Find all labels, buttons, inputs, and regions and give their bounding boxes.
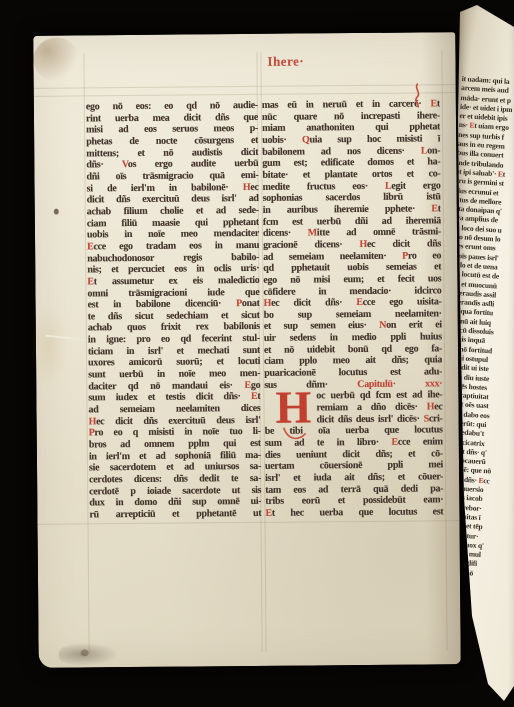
facing-page-edge: it uadam: qui laarcem meis audmāda· erun…	[455, 0, 514, 707]
manuscript-leaf: Ihere· ego nō eos: eo qd nō audie-rint u…	[33, 32, 460, 668]
margin-stain	[32, 306, 67, 386]
text-column-right: mas eū in neruū et in carcerē· Etnūc qua…	[262, 98, 444, 519]
photo-background: Ihere· ego nō eos: eo qd nō audie-rint u…	[0, 0, 514, 707]
ruling-line-horizontal	[34, 92, 456, 97]
text-line: rū arrepticiū et pphetantē ut	[89, 508, 261, 521]
text-line: Et hec uerba que locutus est	[265, 506, 443, 519]
ink-speck	[54, 209, 59, 215]
initial-penwork-flourish	[282, 425, 308, 443]
running-title: Ihere·	[267, 53, 327, 70]
red-flourish-mark	[412, 82, 424, 108]
corner-stain	[33, 37, 79, 81]
bottom-smudge-dot	[81, 649, 89, 656]
chapter-initial-H: H	[275, 385, 315, 437]
ruling-line-horizontal	[34, 84, 456, 89]
text-column-left: ego nō eos: eo qd nō audie-rint uerba me…	[86, 100, 262, 521]
